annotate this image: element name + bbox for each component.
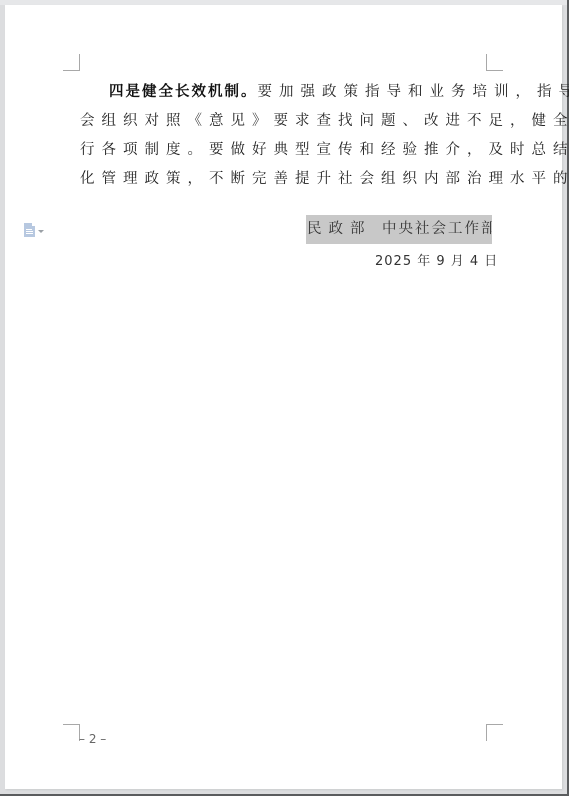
body-paragraph[interactable]: 四是健全长效机制。要加强政策指导和业务培训，指导社 会组织对照《意见》要求查找问… <box>80 78 494 194</box>
page-number-footer: – 2 – <box>79 732 106 746</box>
margin-corner-bottom-left <box>63 724 80 741</box>
document-paste-icon <box>24 223 35 237</box>
margin-corner-bottom-right <box>486 724 503 741</box>
paragraph-line-3: 行各项制度。要做好典型宣传和经验推介，及时总结成效，优 <box>80 136 494 165</box>
document-viewport: 四是健全长效机制。要加强政策指导和业务培训，指导社 会组织对照《意见》要求查找问… <box>0 0 569 796</box>
signature-org-central-social-work-dept: 中央社会工作部 <box>382 215 492 244</box>
paragraph-line-4: 化管理政策，不断完善提升社会组织内部治理水平的长效机制。 <box>80 165 494 194</box>
margin-corner-top-right <box>486 54 503 71</box>
caret-down-icon <box>38 230 44 233</box>
signature-date: 2025 年 9 月 4 日 <box>375 249 495 275</box>
margin-corner-top-left <box>63 54 80 71</box>
signature-selected-text[interactable]: 民政部 中央社会工作部 <box>306 215 492 244</box>
paragraph-line-1: 四是健全长效机制。要加强政策指导和业务培训，指导社 <box>80 78 494 107</box>
paragraph-lead-bold: 四是健全长效机制。 <box>109 84 258 100</box>
document-page[interactable]: 四是健全长效机制。要加强政策指导和业务培训，指导社 会组织对照《意见》要求查找问… <box>5 5 562 789</box>
paste-options-button[interactable] <box>24 220 64 240</box>
paragraph-line-2: 会组织对照《意见》要求查找问题、改进不足，健全理事会运 <box>80 107 494 136</box>
paragraph-line-1-text: 要加强政策指导和业务培训，指导社 <box>258 84 569 100</box>
signature-org-ministry-of-civil-affairs: 民政部 <box>307 215 372 244</box>
